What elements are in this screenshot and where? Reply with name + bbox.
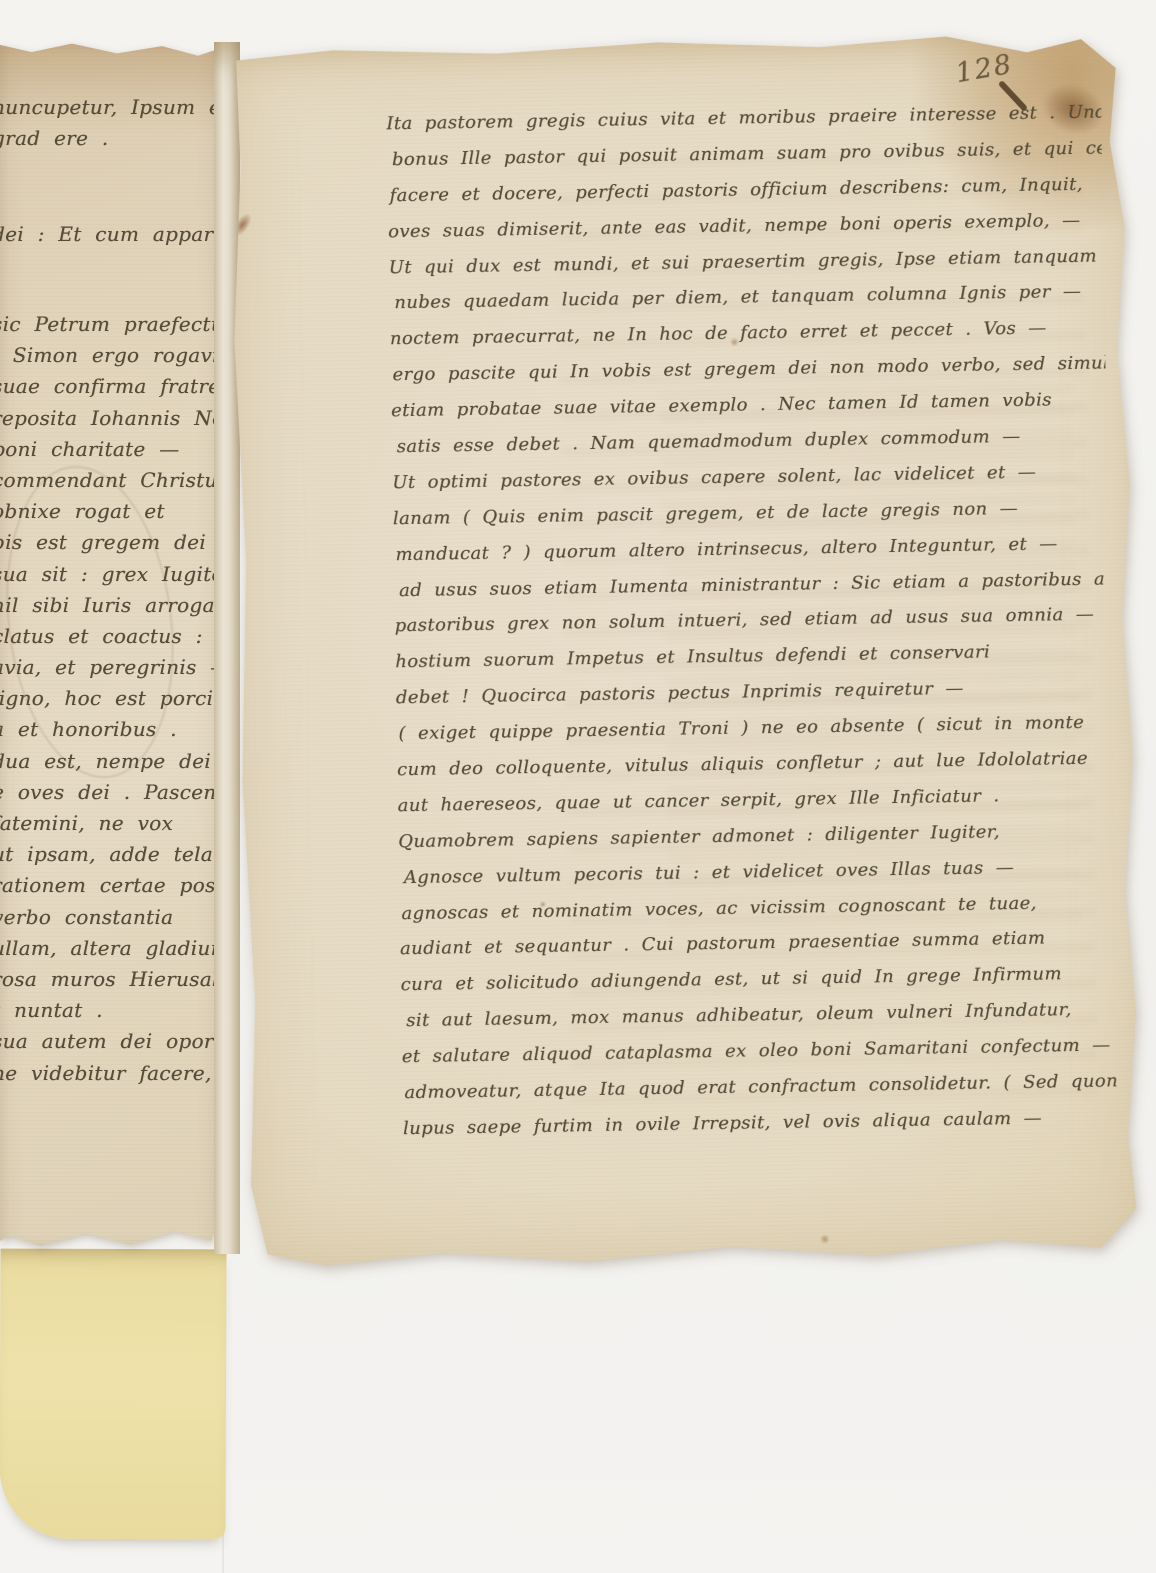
yellow-insert-sheet [0,1249,227,1540]
right-manuscript-page: 128 Ita pastorem gregis cuius vita et mo… [225,31,1146,1272]
left-page-edge-shading [0,40,225,1253]
right-page-edge-tint [225,31,1146,1272]
right-page-paper: 128 Ita pastorem gregis cuius vita et mo… [225,31,1146,1272]
photograph-backdrop: nuncupetur, Ipsum etiam grad ere . dei :… [0,0,1156,1573]
left-manuscript-page: nuncupetur, Ipsum etiam grad ere . dei :… [0,40,225,1253]
left-page-paper: nuncupetur, Ipsum etiam grad ere . dei :… [0,40,225,1253]
